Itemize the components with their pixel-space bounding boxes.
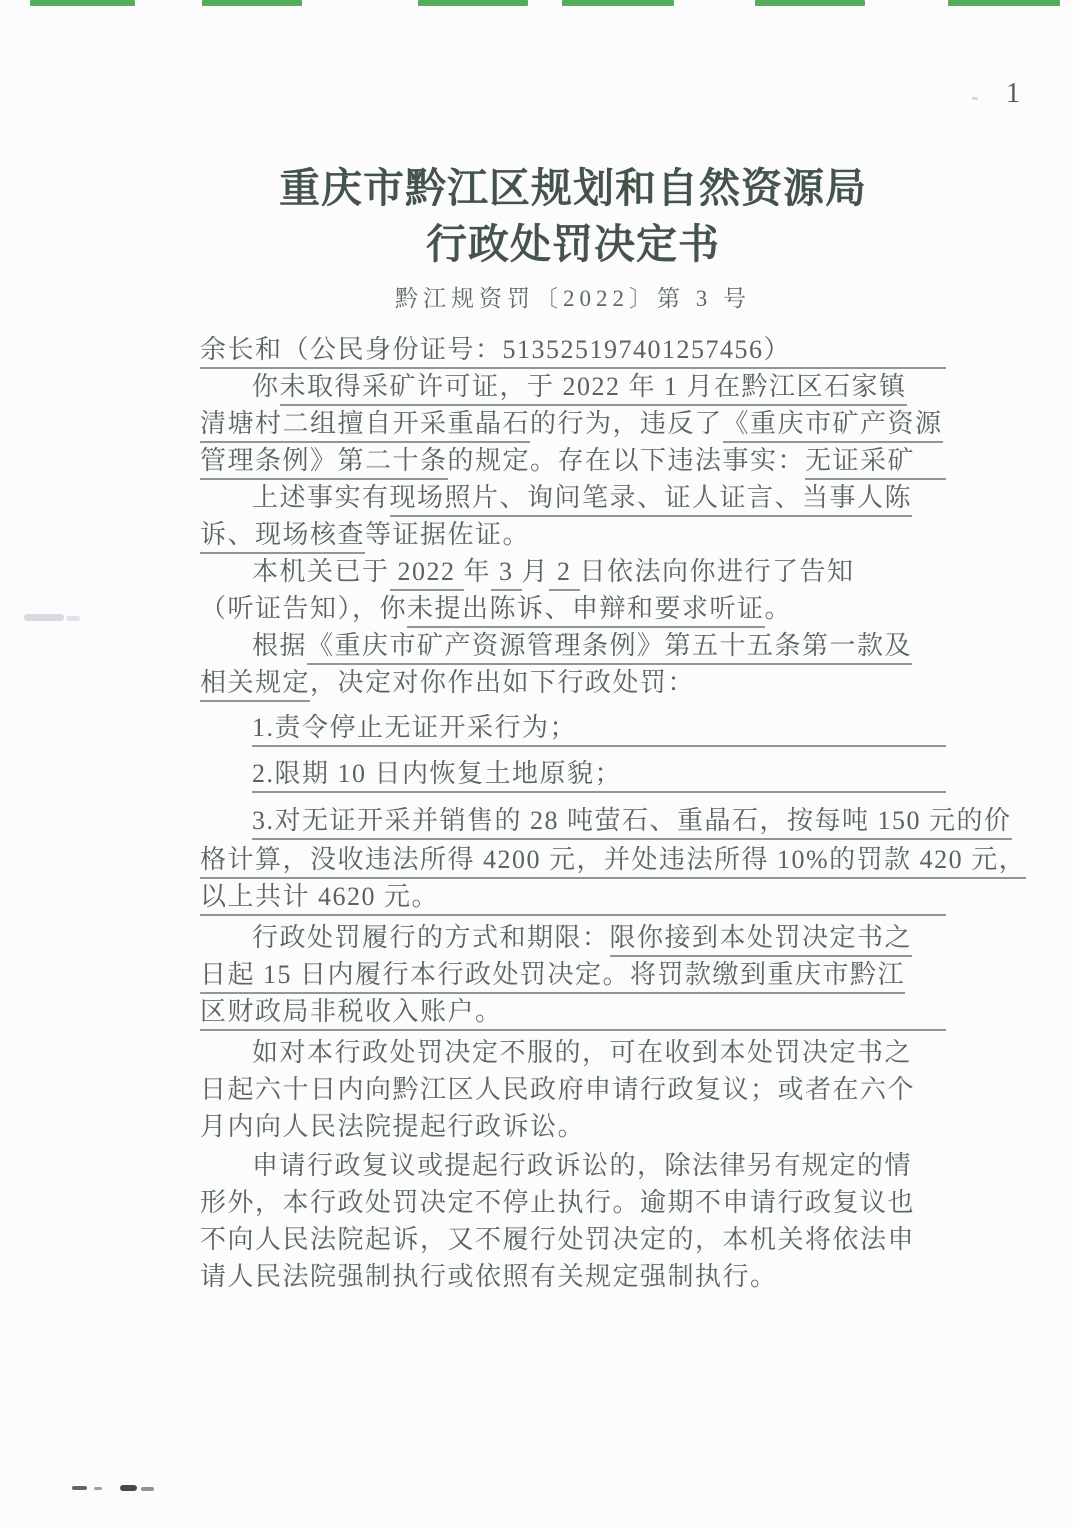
underlined-text: 《重庆市矿产资源 (723, 406, 943, 443)
scan-smudge-mark (972, 97, 978, 100)
page-number: 1 (1006, 78, 1021, 110)
document-line: 本机关已于 2022 年 3 月 2 日依法向你进行了告知 (200, 554, 946, 591)
document-line: 1.责令停止无证开采行为； (200, 710, 946, 747)
document-body: 余长和（公民身份证号：513525197401257456）你未取得采矿许可证，… (200, 332, 946, 1296)
scan-smudge-mark (66, 616, 80, 621)
document-line: 3.对无证开采并销售的 28 吨萤石、重晶石，按每吨 150 元的价 (200, 803, 946, 840)
underlined-text: 限你接到本处罚决定书之 (610, 920, 913, 957)
underlined-text: 2.限期 10 日内恢复土地原貌； (252, 756, 622, 793)
document-line: 不向人民法院起诉，又不履行处罚决定的，本机关将依法申 (200, 1222, 946, 1259)
underlined-text: 诉、现场核查 (200, 517, 365, 554)
green-edge-dash (30, 0, 135, 6)
text: 请人民法院强制执行或依照有关规定强制执行。 (200, 1259, 778, 1296)
document-line: 格计算，没收违法所得 4200 元，并处违法所得 10%的罚款 420 元， (200, 842, 946, 879)
underlined-text: 《重庆市矿产资源管理条例》第五十五条第一款及 (307, 628, 912, 665)
underlined-text: 以上共计 4620 元。 (200, 879, 439, 916)
underlined-text: 3 (491, 554, 522, 591)
underlined-text: 格计算，没收违法所得 4200 元，并处违法所得 10%的罚款 420 元， (200, 842, 1026, 879)
text: 月 (522, 554, 550, 591)
text: （听证告知），你 (200, 591, 407, 628)
blank-fill-underline (503, 994, 946, 1031)
document-line: 2.限期 10 日内恢复土地原貌； (200, 756, 946, 793)
underlined-text: 管理条例》第二十条 (200, 443, 448, 480)
document-line: 请人民法院强制执行或依照有关规定强制执行。 (200, 1259, 946, 1296)
text: 如对本行政处罚决定不服的，可在收到本处罚决定书之 (252, 1035, 912, 1072)
text: 形外，本行政处罚决定不停止执行。逾期不申请行政复议也 (200, 1185, 915, 1222)
green-edge-dash (948, 0, 1060, 6)
document-line: 日起 15 日内履行本行政处罚决定。将罚款缴到重庆市黔江 (200, 957, 946, 994)
document-line: 以上共计 4620 元。 (200, 879, 946, 916)
document-line: 上述事实有现场照片、询问笔录、证人证言、当事人陈 (200, 480, 946, 517)
text: 申请行政复议或提起行政诉讼的，除法律另有规定的情 (252, 1148, 912, 1185)
underlined-text: 3.对无证开采并销售的 28 吨萤石、重晶石，按每吨 150 元的价 (252, 803, 1012, 840)
scan-smudge-mark (94, 1487, 102, 1490)
text: 行政处罚履行的方式和期限： (252, 920, 610, 957)
blank-fill-underline (577, 710, 946, 747)
underlined-text: 余长和（公民身份证号：513525197401257456） (200, 332, 791, 369)
text: 的行为，违反了 (530, 406, 723, 443)
text: 不向人民法院起诉，又不履行处罚决定的，本机关将依法申 (200, 1222, 915, 1259)
text: 年 (464, 554, 492, 591)
text: 上述事实有 (252, 480, 390, 517)
green-edge-dash (202, 0, 302, 6)
text: 本机关已于 (252, 554, 390, 591)
green-edge-dash (418, 0, 528, 6)
scanned-document-page: 1 重庆市黔江区规划和自然资源局 行政处罚决定书 黔江规资罚〔2022〕第 3 … (0, 0, 1073, 1528)
document-line: 你未取得采矿许可证，于 2022 年 1 月在黔江区石家镇 (200, 369, 946, 406)
document-header: 重庆市黔江区规划和自然资源局 行政处罚决定书 黔江规资罚〔2022〕第 3 号 (200, 160, 946, 314)
document-title-type: 行政处罚决定书 (200, 216, 946, 272)
underlined-text: 相关规定 (200, 665, 310, 702)
text: 日依法向你进行了告知 (580, 554, 855, 591)
document-line: 形外，本行政处罚决定不停止执行。逾期不申请行政复议也 (200, 1185, 946, 1222)
document-line: 行政处罚履行的方式和期限：限你接到本处罚决定书之 (200, 920, 946, 957)
text: 。 (765, 591, 793, 628)
document-title-agency: 重庆市黔江区规划和自然资源局 (200, 160, 946, 216)
document-line: 申请行政复议或提起行政诉讼的，除法律另有规定的情 (200, 1148, 946, 1185)
underlined-text: 1.责令停止无证开采行为； (252, 710, 577, 747)
underlined-text: 区财政局非税收入账户。 (200, 994, 503, 1031)
underlined-text: 2 (549, 554, 580, 591)
document-line: 根据《重庆市矿产资源管理条例》第五十五条第一款及 (200, 628, 946, 665)
document-number: 黔江规资罚〔2022〕第 3 号 (200, 284, 946, 314)
green-edge-dash (562, 0, 674, 6)
blank-fill-underline (439, 879, 946, 916)
document-line: 余长和（公民身份证号：513525197401257456） (200, 332, 946, 369)
document-line: 如对本行政处罚决定不服的，可在收到本处罚决定书之 (200, 1035, 946, 1072)
scan-smudge-mark (141, 1487, 154, 1491)
document-line: 区财政局非税收入账户。 (200, 994, 946, 1031)
text: 等证据佐证。 (365, 517, 530, 554)
blank-fill-underline (791, 332, 946, 369)
text: 月内向人民法院提起行政诉讼。 (200, 1109, 585, 1146)
blank-fill-underline (622, 756, 946, 793)
scan-smudge-mark (120, 1485, 137, 1491)
scan-smudge-mark (72, 1486, 87, 1490)
text: 的规定。存在以下违法事实： (448, 443, 806, 480)
document-line: 月内向人民法院提起行政诉讼。 (200, 1109, 946, 1146)
text: 根据 (252, 628, 307, 665)
underlined-text: 未提出陈诉、申辩和要求听证 (407, 591, 765, 628)
green-edge-dash (755, 0, 865, 6)
text: 你 (252, 369, 280, 406)
document-line: 日起六十日内向黔江区人民政府申请行政复议；或者在六个 (200, 1072, 946, 1109)
underlined-text: 清塘村二组擅自开采重晶石 (200, 406, 530, 443)
underlined-text: 现场照片、询问笔录、证人证言、当事人陈 (390, 480, 913, 517)
underlined-text: 无证采矿 (805, 443, 915, 480)
blank-fill-underline (915, 443, 946, 480)
underlined-text: 日起 15 日内履行本行政处罚决定。将罚款缴到重庆市黔江 (200, 957, 905, 994)
underlined-text: 未取得采矿许可证，于 2022 年 1 月在黔江区石家镇 (280, 369, 907, 406)
underlined-text: 2022 (390, 554, 464, 591)
document-line: 诉、现场核查等证据佐证。 (200, 517, 946, 554)
document-line: 清塘村二组擅自开采重晶石的行为，违反了《重庆市矿产资源 (200, 406, 946, 443)
document-line: 管理条例》第二十条的规定。存在以下违法事实：无证采矿 (200, 443, 946, 480)
scan-smudge-mark (24, 614, 64, 621)
text: 日起六十日内向黔江区人民政府申请行政复议；或者在六个 (200, 1072, 915, 1109)
document-line: （听证告知），你未提出陈诉、申辩和要求听证。 (200, 591, 946, 628)
text: ，决定对你作出如下行政处罚： (310, 665, 695, 702)
document-line: 相关规定，决定对你作出如下行政处罚： (200, 665, 946, 702)
